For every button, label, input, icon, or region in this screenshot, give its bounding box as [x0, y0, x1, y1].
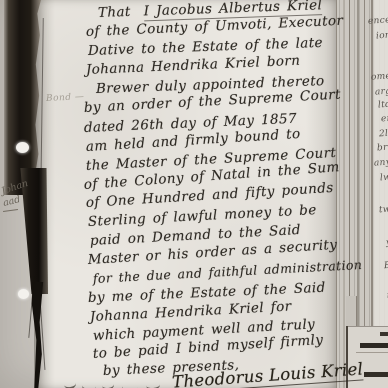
edge-text-fragment: ltd	[377, 100, 388, 111]
edge-text-fragment: lw	[379, 173, 388, 184]
edge-text-fragment: ence	[368, 15, 388, 27]
punch-hole	[16, 142, 29, 153]
rule-line	[356, 352, 388, 353]
edge-text-fragment: ome	[370, 71, 388, 82]
line-word: That	[98, 4, 131, 21]
edge-text-fragment: arg	[374, 86, 388, 97]
printed-bar	[380, 332, 388, 336]
page-edge-line	[343, 0, 345, 388]
cutoff-stroke	[102, 379, 115, 388]
manuscript-photo: ence ion ome arg ltd er 2ll brl any lw t…	[0, 0, 388, 388]
edge-text-fragment: brl	[377, 143, 388, 154]
printed-bar	[364, 372, 388, 377]
edge-text-fragment: 2ll	[378, 129, 388, 140]
cutoff-stroke	[146, 379, 161, 388]
binding-strip	[4, 0, 41, 195]
edge-text-fragment: tw	[379, 205, 388, 216]
edge-text-fragment: er	[380, 114, 388, 125]
edge-text-fragment: ion	[376, 30, 388, 41]
edge-text-fragment: any	[374, 157, 388, 168]
page-edge-line	[336, 0, 337, 388]
printed-bar	[360, 343, 388, 348]
cutoff-stroke	[63, 378, 76, 388]
punch-hole	[18, 289, 29, 299]
pencil-margin-note: Bond —	[46, 92, 85, 104]
edge-text-fragment: E	[384, 261, 388, 271]
edge-mark	[3, 209, 18, 212]
